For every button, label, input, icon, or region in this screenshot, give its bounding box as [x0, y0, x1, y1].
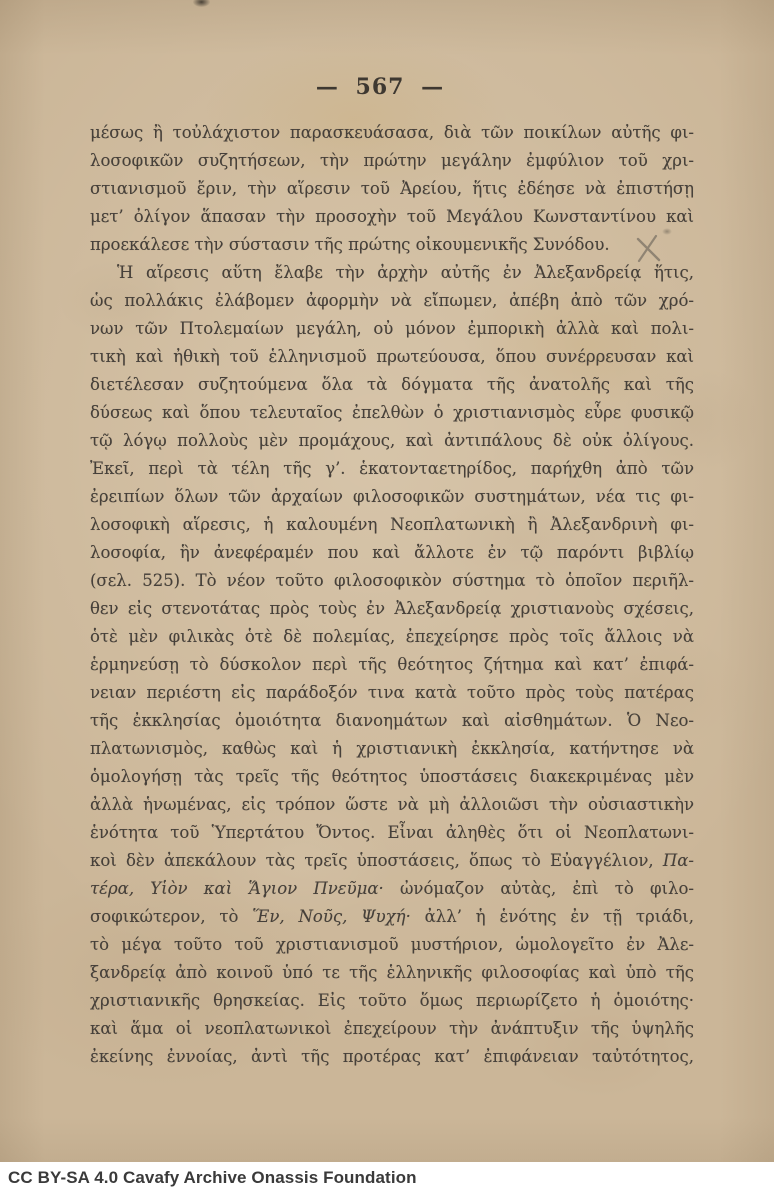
text-line: (σελ. 525). Τὸ νέον τοῦτο φιλοσοφικὸν σύ…	[90, 567, 694, 595]
text-line: λοσοφία, ἣν ἀνεφέραμέν που καὶ ἄλλοτε ἐν…	[90, 539, 694, 567]
text-segment: ἑνότητα τοῦ Ὑπερτάτου Ὄντος. Εἶναι ἀληθὲ…	[90, 823, 694, 842]
text-segment: ὁτὲ μὲν φιλικὰς ὁτὲ δὲ πολεμίας, ἐπεχείρ…	[90, 627, 694, 646]
text-line: ὁτὲ μὲν φιλικὰς ὁτὲ δὲ πολεμίας, ἐπεχείρ…	[90, 623, 694, 651]
text-segment: ἀλλὰ ἡνωμένας, εἰς τρόπον ὥστε νὰ μὴ ἀλλ…	[90, 795, 694, 814]
italic-text-segment: Πα-	[663, 851, 694, 870]
italic-text-segment: τέρα, Υἱὸν καὶ Ἅγιον Πνεῦμα·	[90, 879, 384, 898]
text-segment: τῆς ἐκκλησίας ὁμοιότητα διανοημάτων καὶ …	[90, 711, 694, 730]
text-line: ἀλλὰ ἡνωμένας, εἰς τρόπον ὥστε νὰ μὴ ἀλλ…	[90, 791, 694, 819]
text-line: Ἐκεῖ, περὶ τὰ τέλη τῆς γ’. ἑκατονταετηρί…	[90, 455, 694, 483]
text-line: ἐρειπίων ὅλων τῶν ἀρχαίων φιλοσοφικῶν συ…	[90, 483, 694, 511]
text-line: ἑρμηνεύσῃ τὸ δύσκολον περὶ τῆς θεότητος …	[90, 651, 694, 679]
text-line: θεν εἰς στενοτάτας πρὸς τοὺς ἐν Ἀλεξανδρ…	[90, 595, 694, 623]
text-line: χριστιανικῆς θρησκείας. Εἰς τοῦτο ὅμως π…	[90, 987, 694, 1015]
text-segment: ὁμολογήσῃ τὰς τρεῖς τῆς θεότητος ὑποστάσ…	[90, 767, 694, 786]
text-line: καὶ ἅμα οἱ νεοπλατωνικοὶ ἐπεχείρουν τὴν …	[90, 1015, 694, 1043]
text-segment: ἀλλ’ ἡ ἑνότης ἐν τῇ τριάδι,	[411, 907, 694, 926]
text-block: μέσως ἢ τοὐλάχιστον παρασκευάσασα, διὰ τ…	[90, 119, 694, 1071]
text-line: Ἡ αἵρεσις αὕτη ἔλαβε τὴν ἀρχὴν αὐτῆς ἐν …	[90, 259, 694, 287]
text-segment: Ἡ αἵρεσις αὕτη ἔλαβε τὴν ἀρχὴν αὐτῆς ἐν …	[117, 263, 694, 282]
text-segment: προεκάλεσε τὴν σύστασιν τῆς πρώτης οἰκου…	[90, 235, 610, 254]
text-segment: διετέλεσαν συζητούμενα ὅλα τὰ δόγματα τῆ…	[90, 375, 694, 394]
text-line: ἑνότητα τοῦ Ὑπερτάτου Ὄντος. Εἶναι ἀληθὲ…	[90, 819, 694, 847]
text-line: πλατωνισμὸς, καθὼς καὶ ἡ χριστιανικὴ ἐκκ…	[90, 735, 694, 763]
text-segment: δύσεως καὶ ὅπου τελευταῖος ἐπελθὼν ὁ χρι…	[90, 403, 694, 422]
text-segment: λοσοφία, ἣν ἀνεφέραμέν που καὶ ἄλλοτε ἐν…	[90, 543, 694, 562]
text-line: ξανδρείᾳ ἀπὸ κοινοῦ ὑπό τε τῆς ἑλληνικῆς…	[90, 959, 694, 987]
text-line: δύσεως καὶ ὅπου τελευταῖος ἐπελθὼν ὁ χρι…	[90, 399, 694, 427]
text-segment: κοὶ δὲν ἀπεκάλουν τὰς τρεῖς ὑποστάσεις, …	[90, 851, 663, 870]
text-segment: ὡς πολλάκις ἐλάβομεν ἀφορμὴν νὰ εἴπωμεν,…	[90, 291, 694, 310]
text-line: τέρα, Υἱὸν καὶ Ἅγιον Πνεῦμα· ὠνόμαζον αὐ…	[90, 875, 694, 903]
text-segment: νων τῶν Πτολεμαίων μεγάλη, οὐ μόνον ἐμπο…	[90, 319, 694, 338]
text-segment: σοφικώτερον, τὸ	[90, 907, 252, 926]
text-line: τῆς ἐκκλησίας ὁμοιότητα διανοημάτων καὶ …	[90, 707, 694, 735]
text-segment: καὶ ἅμα οἱ νεοπλατωνικοὶ ἐπεχείρουν τὴν …	[90, 1019, 694, 1038]
text-segment: στιανισμοῦ ἔριν, τὴν αἵρεσιν τοῦ Ἀρείου,…	[90, 179, 694, 198]
text-segment: λοσοφικὴ αἵρεσις, ἡ καλουμένη Νεοπλατωνι…	[90, 515, 694, 534]
text-segment: ἑρμηνεύσῃ τὸ δύσκολον περὶ τῆς θεότητος …	[90, 655, 694, 674]
text-line: νων τῶν Πτολεμαίων μεγάλη, οὐ μόνον ἐμπο…	[90, 315, 694, 343]
page-number: — 567 —	[316, 74, 444, 100]
text-segment: ἐρειπίων ὅλων τῶν ἀρχαίων φιλοσοφικῶν συ…	[90, 487, 694, 506]
text-line: τικὴ καὶ ἠθικὴ τοῦ ἑλληνισμοῦ πρωτεύουσα…	[90, 343, 694, 371]
text-segment: τὸ μέγα τοῦτο τοῦ χριστιανισμοῦ μυστήριο…	[90, 935, 694, 954]
text-line: προεκάλεσε τὴν σύστασιν τῆς πρώτης οἰκου…	[90, 231, 694, 259]
text-segment: τῷ λόγῳ πολλοὺς μὲν προμάχους, καὶ ἀντιπ…	[90, 431, 694, 450]
page-number-header: — 567 —	[0, 74, 760, 100]
text-segment: ἐκείνης ἐννοίας, ἀντὶ τῆς προτέρας κατ’ …	[90, 1047, 694, 1066]
text-segment: μετ’ ὀλίγον ἅπασαν τὴν προσοχὴν τοῦ Μεγά…	[90, 207, 694, 226]
text-line: λοσοφικῶν συζητήσεων, τὴν πρώτην μεγάλην…	[90, 147, 694, 175]
text-segment: θεν εἰς στενοτάτας πρὸς τοὺς ἐν Ἀλεξανδρ…	[90, 599, 694, 618]
license-text: CC BY-SA 4.0 Cavafy Archive Onassis Foun…	[0, 1168, 417, 1188]
text-line: διετέλεσαν συζητούμενα ὅλα τὰ δόγματα τῆ…	[90, 371, 694, 399]
text-line: λοσοφικὴ αἵρεσις, ἡ καλουμένη Νεοπλατωνι…	[90, 511, 694, 539]
text-line: τὸ μέγα τοῦτο τοῦ χριστιανισμοῦ μυστήριο…	[90, 931, 694, 959]
italic-text-segment: Ἕν, Νοῦς, Ψυχή·	[252, 907, 411, 926]
text-line: ὡς πολλάκις ἐλάβομεν ἀφορμὴν νὰ εἴπωμεν,…	[90, 287, 694, 315]
text-line: ὁμολογήσῃ τὰς τρεῖς τῆς θεότητος ὑποστάσ…	[90, 763, 694, 791]
text-line: κοὶ δὲν ἀπεκάλουν τὰς τρεῖς ὑποστάσεις, …	[90, 847, 694, 875]
scanned-book-page: — 567 — μέσως ἢ τοὐλάχιστον παρασκευάσασ…	[0, 0, 774, 1194]
text-segment: (σελ. 525). Τὸ νέον τοῦτο φιλοσοφικὸν σύ…	[90, 571, 694, 590]
license-footer-bar: CC BY-SA 4.0 Cavafy Archive Onassis Foun…	[0, 1162, 774, 1194]
text-line: στιανισμοῦ ἔριν, τὴν αἵρεσιν τοῦ Ἀρείου,…	[90, 175, 694, 203]
text-segment: πλατωνισμὸς, καθὼς καὶ ἡ χριστιανικὴ ἐκκ…	[90, 739, 694, 758]
text-segment: τικὴ καὶ ἠθικὴ τοῦ ἑλληνισμοῦ πρωτεύουσα…	[90, 347, 694, 366]
text-segment: νειαν περιέστη εἰς παράδοξόν τινα κατὰ τ…	[90, 683, 694, 702]
text-line: σοφικώτερον, τὸ Ἕν, Νοῦς, Ψυχή· ἀλλ’ ἡ ἑ…	[90, 903, 694, 931]
text-line: νειαν περιέστη εἰς παράδοξόν τινα κατὰ τ…	[90, 679, 694, 707]
text-segment: Ἐκεῖ, περὶ τὰ τέλη τῆς γ’. ἑκατονταετηρί…	[90, 459, 694, 478]
text-line: μετ’ ὀλίγον ἅπασαν τὴν προσοχὴν τοῦ Μεγά…	[90, 203, 694, 231]
text-line: τῷ λόγῳ πολλοὺς μὲν προμάχους, καὶ ἀντιπ…	[90, 427, 694, 455]
text-segment: ὠνόμαζον αὐτὰς, ἐπὶ τὸ φιλο-	[384, 879, 694, 898]
text-segment: χριστιανικῆς θρησκείας. Εἰς τοῦτο ὅμως π…	[90, 991, 694, 1010]
text-segment: μέσως ἢ τοὐλάχιστον παρασκευάσασα, διὰ τ…	[90, 123, 694, 142]
text-line: ἐκείνης ἐννοίας, ἀντὶ τῆς προτέρας κατ’ …	[90, 1043, 694, 1071]
text-line: μέσως ἢ τοὐλάχιστον παρασκευάσασα, διὰ τ…	[90, 119, 694, 147]
text-segment: λοσοφικῶν συζητήσεων, τὴν πρώτην μεγάλην…	[90, 151, 694, 170]
text-segment: ξανδρείᾳ ἀπὸ κοινοῦ ὑπό τε τῆς ἑλληνικῆς…	[90, 963, 694, 982]
